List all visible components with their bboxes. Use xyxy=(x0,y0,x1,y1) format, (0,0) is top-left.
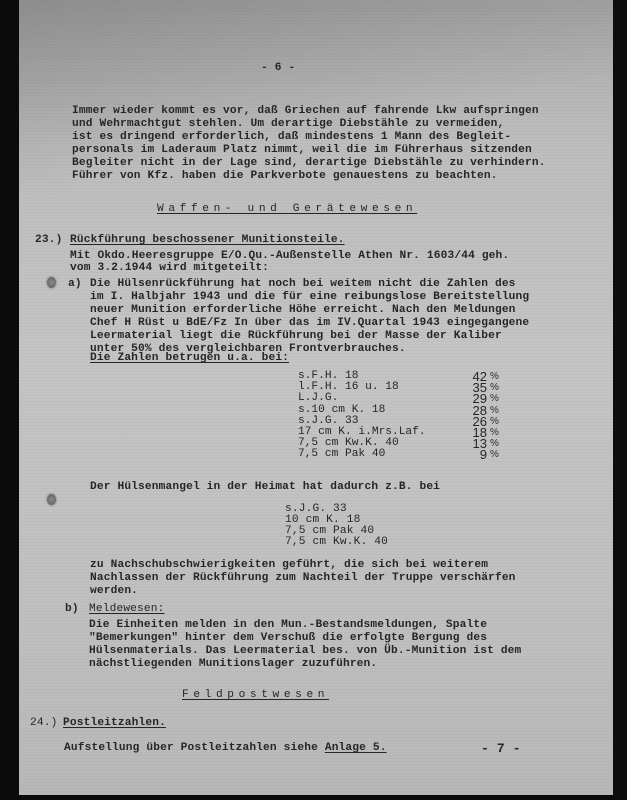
item-number-23: 23.) xyxy=(35,234,62,247)
page-number-top: - 6 - xyxy=(261,62,295,75)
table-row-unit: % xyxy=(490,449,499,460)
table-row-unit: % xyxy=(490,405,499,416)
sub-b-label: b) xyxy=(65,603,79,616)
page-number-bottom: - 7 - xyxy=(481,742,521,755)
intro-line: Immer wieder kommt es vor, daß Griechen … xyxy=(72,105,539,118)
sub-b-line: "Bemerkungen" hinter dem Verschuß die er… xyxy=(89,632,487,645)
shortage-intro: Der Hülsenmangel in der Heimat hat dadur… xyxy=(90,481,440,494)
table-row-value: 9 xyxy=(461,449,487,460)
sub-a-line: Leermaterial liegt die Rückführung bei d… xyxy=(90,330,502,343)
intro-line: Führer von Kfz. haben die Parkverbote ge… xyxy=(72,170,498,183)
intro-line: personals im Laderaum Platz nimmt, weil … xyxy=(72,144,532,157)
item-24-text: Aufstellung über Postleitzahlen siehe An… xyxy=(64,742,387,755)
shortage-outro-line: werden. xyxy=(90,585,138,598)
section-heading-field-post: Feldpostwesen xyxy=(182,689,329,702)
item-24-text-prefix: Aufstellung über Postleitzahlen siehe xyxy=(64,742,325,754)
intro-line: Begleiter nicht in der Lage sind, derart… xyxy=(72,157,546,170)
sub-b-line: nächstliegenden Munitionslager zuzuführe… xyxy=(89,658,377,671)
shortage-outro-line: zu Nachschubschwierigkeiten geführt, die… xyxy=(90,559,488,572)
sub-b-line: Hülsenmaterials. Das Leermaterial bes. v… xyxy=(89,645,521,658)
table-row-unit: % xyxy=(490,393,499,404)
table-row-unit: % xyxy=(490,416,499,427)
table-row-weapon: L.J.G. xyxy=(298,393,338,404)
sub-a-line: neuer Munition erforderliche Höhe erreic… xyxy=(90,304,516,317)
table-row-unit: % xyxy=(490,438,499,449)
document-page: - 6 - Immer wieder kommt es vor, daß Gri… xyxy=(19,0,613,795)
annex-5-link[interactable]: Anlage 5. xyxy=(325,742,387,754)
punch-hole-bottom xyxy=(47,494,56,505)
table-heading: Die Zahlen betrugen u.a. bei: xyxy=(90,352,289,365)
item-title-23: Rückführung beschossener Munitionsteile. xyxy=(70,234,345,247)
shortage-outro-line: Nachlassen der Rückführung zum Nachteil … xyxy=(90,572,516,585)
intro-line: ist es dringend erforderlich, daß mindes… xyxy=(72,131,511,144)
sub-a-line: im I. Halbjahr 1943 und die für eine rei… xyxy=(90,291,529,304)
sub-b-line: Die Einheiten melden in den Mun.-Bestand… xyxy=(89,619,487,632)
sub-b-title: Meldewesen: xyxy=(89,603,165,616)
shortage-item: 7,5 cm Kw.K. 40 xyxy=(285,536,388,549)
table-row-unit: % xyxy=(490,427,499,438)
sub-a-line: Chef H Rüst u BdE/Fz In über das im IV.Q… xyxy=(90,317,529,330)
punch-hole-top xyxy=(47,277,56,288)
sub-a-line: Die Hülsenrückführung hat noch bei weite… xyxy=(90,278,516,291)
sub-a-label: a) xyxy=(68,278,82,291)
item-23-intro-line: vom 3.2.1944 wird mitgeteilt: xyxy=(70,262,269,275)
item-title-24: Postleitzahlen. xyxy=(63,717,166,730)
intro-line: und Wehrmachtgut stehlen. Um derartige D… xyxy=(72,118,504,131)
section-heading-weapons: Waffen- und Gerätewesen xyxy=(157,203,417,216)
scan-edge xyxy=(613,0,627,800)
table-row-unit: % xyxy=(490,382,499,393)
table-row-unit: % xyxy=(490,371,499,382)
item-number-24: 24.) xyxy=(30,717,57,730)
table-row-weapon: 7,5 cm Pak 40 xyxy=(298,449,385,460)
